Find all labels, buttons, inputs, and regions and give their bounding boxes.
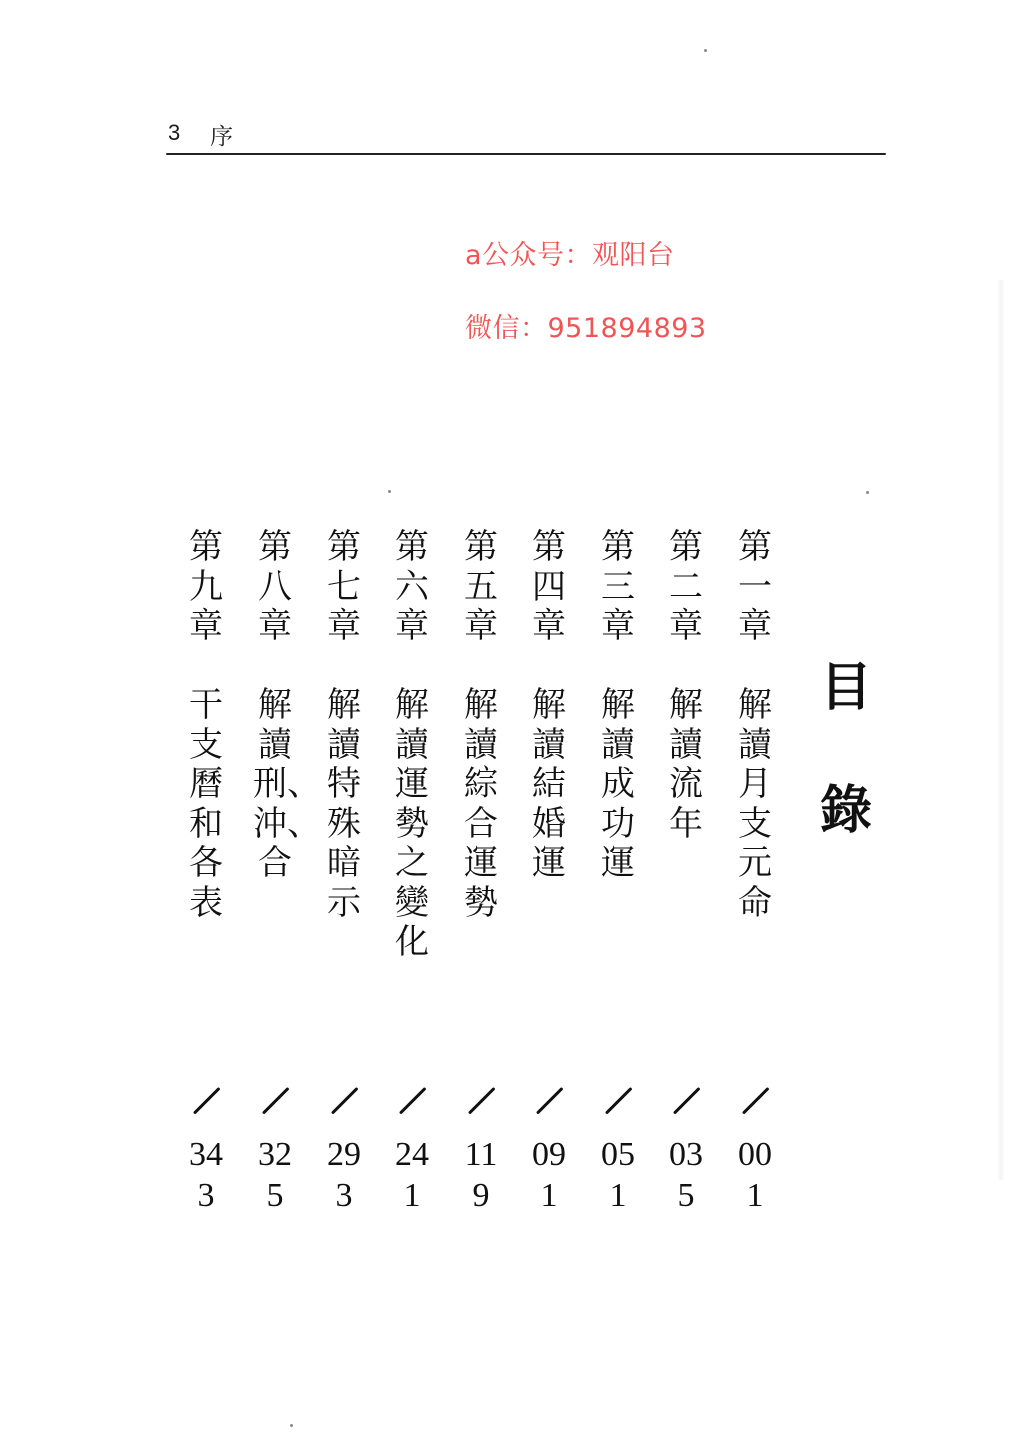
chapter-label: 第八章	[253, 528, 297, 647]
chapter-label: 第三章	[596, 528, 640, 647]
page-number-vertical: 119	[459, 1134, 503, 1216]
page-ref: 035	[664, 1092, 708, 1216]
header-rule	[166, 153, 886, 155]
scan-speck	[866, 491, 869, 494]
page-ref: 343	[184, 1092, 228, 1216]
page-ref: 119	[459, 1092, 503, 1216]
toc-heading-char-2: 錄	[818, 785, 874, 837]
chapter-label: 第一章	[733, 528, 777, 647]
page-ref: 051	[596, 1092, 640, 1216]
scan-speck	[290, 1424, 293, 1427]
scan-speck	[704, 49, 707, 52]
page-number-vertical: 001	[733, 1134, 777, 1216]
page-number-vertical: 343	[184, 1134, 228, 1216]
chapter-label: 第七章	[322, 528, 366, 647]
watermark-wechat: 微信：951894893	[465, 306, 707, 345]
slash-separator-icon	[253, 1092, 297, 1132]
slash-separator-icon	[733, 1092, 777, 1132]
page-header: 3 序	[166, 116, 886, 160]
page-ref: 241	[390, 1092, 434, 1216]
chapter-label: 第六章	[390, 528, 434, 647]
chapter-title: 解讀特殊暗示	[322, 686, 366, 923]
page-ref: 091	[527, 1092, 571, 1216]
slash-separator-icon	[596, 1092, 640, 1132]
chapter-title: 解讀結婚運	[527, 686, 571, 884]
chapter-title: 解讀運勢之變化	[390, 686, 434, 963]
page-ref: 325	[253, 1092, 297, 1216]
page-number-vertical: 241	[390, 1134, 434, 1216]
scan-speck	[388, 490, 391, 493]
page-number-vertical: 293	[322, 1134, 366, 1216]
watermark-public-account: a公众号：观阳台	[465, 233, 675, 272]
toc-heading-char-1: 目	[818, 662, 874, 714]
slash-separator-icon	[322, 1092, 366, 1132]
page-number-vertical: 051	[596, 1134, 640, 1216]
page-edge-shadow	[998, 280, 1004, 1180]
chapter-label: 第五章	[459, 528, 503, 647]
page-number: 3	[168, 120, 180, 146]
chapter-label: 第四章	[527, 528, 571, 647]
chapter-label: 第二章	[664, 528, 708, 647]
slash-separator-icon	[459, 1092, 503, 1132]
slash-separator-icon	[664, 1092, 708, 1132]
page-ref: 293	[322, 1092, 366, 1216]
slash-separator-icon	[390, 1092, 434, 1132]
chapter-title: 解讀月支元命	[733, 686, 777, 923]
slash-separator-icon	[527, 1092, 571, 1132]
slash-separator-icon	[184, 1092, 228, 1132]
chapter-title: 解讀流年	[664, 686, 708, 844]
chapter-title: 解讀綜合運勢	[459, 686, 503, 923]
page-ref: 001	[733, 1092, 777, 1216]
page-number-vertical: 325	[253, 1134, 297, 1216]
running-title: 序	[210, 118, 233, 151]
page-number-vertical: 035	[664, 1134, 708, 1216]
page-number-vertical: 091	[527, 1134, 571, 1216]
chapter-title: 干支曆和各表	[184, 686, 228, 923]
chapter-title: 解讀成功運	[596, 686, 640, 884]
chapter-title: 解讀刑、沖、合	[253, 686, 297, 884]
chapter-label: 第九章	[184, 528, 228, 647]
